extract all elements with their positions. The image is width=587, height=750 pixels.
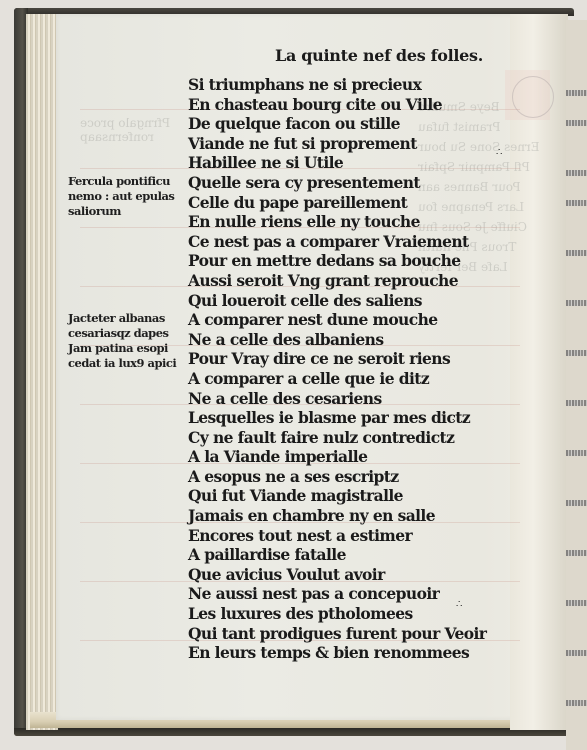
verse-line: Encores tout nest a estimer [188,526,486,546]
gloss-line: nemo : aut epulas [68,189,174,204]
verse-line: Qui fut Viande magistralle [188,486,486,506]
show-through-text: Pfrngalo proce [80,116,170,130]
verse-line: Habillee ne si Utile [188,153,486,173]
verse-line: Lesquelles ie blasme par mes dictz [188,408,486,428]
verse-line: En leurs temps & bien renommees [188,643,486,663]
verse-column: Si triumphans ne si precieux En chasteau… [188,75,486,663]
gloss-line: cesariasqz dapes [68,326,176,341]
verse-line: Qui loueroit celle des saliens [188,291,486,311]
verse-line: A comparer nest dune mouche [188,310,486,330]
verse-line: En chasteau bourg cite ou Ville [188,95,486,115]
gloss-line: Jam patina esopi [68,341,176,356]
verse-line: Pour Vray dire ce ne seroit riens [188,349,486,369]
verse-line: Les luxures des ptholomees [188,604,486,624]
verse-line: A la Viande imperialle [188,447,486,467]
verse-line: Ne a celle des albaniens [188,330,486,350]
gloss-line: Jacteter albanas [68,311,176,326]
verse-line: A comparer a celle que ie ditz [188,369,486,389]
verse-line: Ne aussi nest pas a concepuoir [188,584,486,604]
facing-page-edge [566,20,587,750]
verse-line: Celle du pape pareillement [188,193,486,213]
verse-line: Pour en mettre dedans sa bouche [188,251,486,271]
show-through-circle [512,76,554,118]
verse-line: A esopus ne a ses escriptz [188,467,486,487]
verse-line: Ne a celle des cesariens [188,389,486,409]
book-cover-bottom-edge [14,728,574,736]
verse-line: Que avicius Voulut avoir [188,565,486,585]
running-header: La quinte nef des folles. [275,46,483,65]
verse-line: Quelle sera cy presentement [188,173,486,193]
margin-gloss-2: Jacteter albanas cesariasqz dapes Jam pa… [68,311,176,371]
page-gutter [510,14,568,730]
page-stack-left [26,14,58,730]
verse-line: Aussi seroit Vng grant reprouche [188,271,486,291]
verse-line: Ce nest pas a comparer Vraiement [188,232,486,252]
margin-gloss-1: Fercula pontificu nemo : aut epulas sali… [68,174,174,219]
verse-line: De quelque facon ou stille [188,114,486,134]
verse-line: A paillardise fatalle [188,545,486,565]
verse-line: En nulle riens elle ny touche [188,212,486,232]
ink-mark: ∴ [448,414,454,424]
verse-line: Jamais en chambre ny en salle [188,506,486,526]
gloss-line: saliorum [68,204,174,219]
verse-line: Viande ne fut si proprement [188,134,486,154]
ink-mark: ∴ [496,148,502,158]
show-through-text: ronfernsaap [80,130,154,144]
verse-line: Qui tant prodigues furent pour Veoir [188,624,486,644]
verse-line: Si triumphans ne si precieux [188,75,486,95]
gloss-line: cedat ia lux9 apici [68,356,176,371]
verse-line: Cy ne fault faire nulz contredictz [188,428,486,448]
ink-mark: ∴ [456,600,462,610]
gloss-line: Fercula pontificu [68,174,174,189]
